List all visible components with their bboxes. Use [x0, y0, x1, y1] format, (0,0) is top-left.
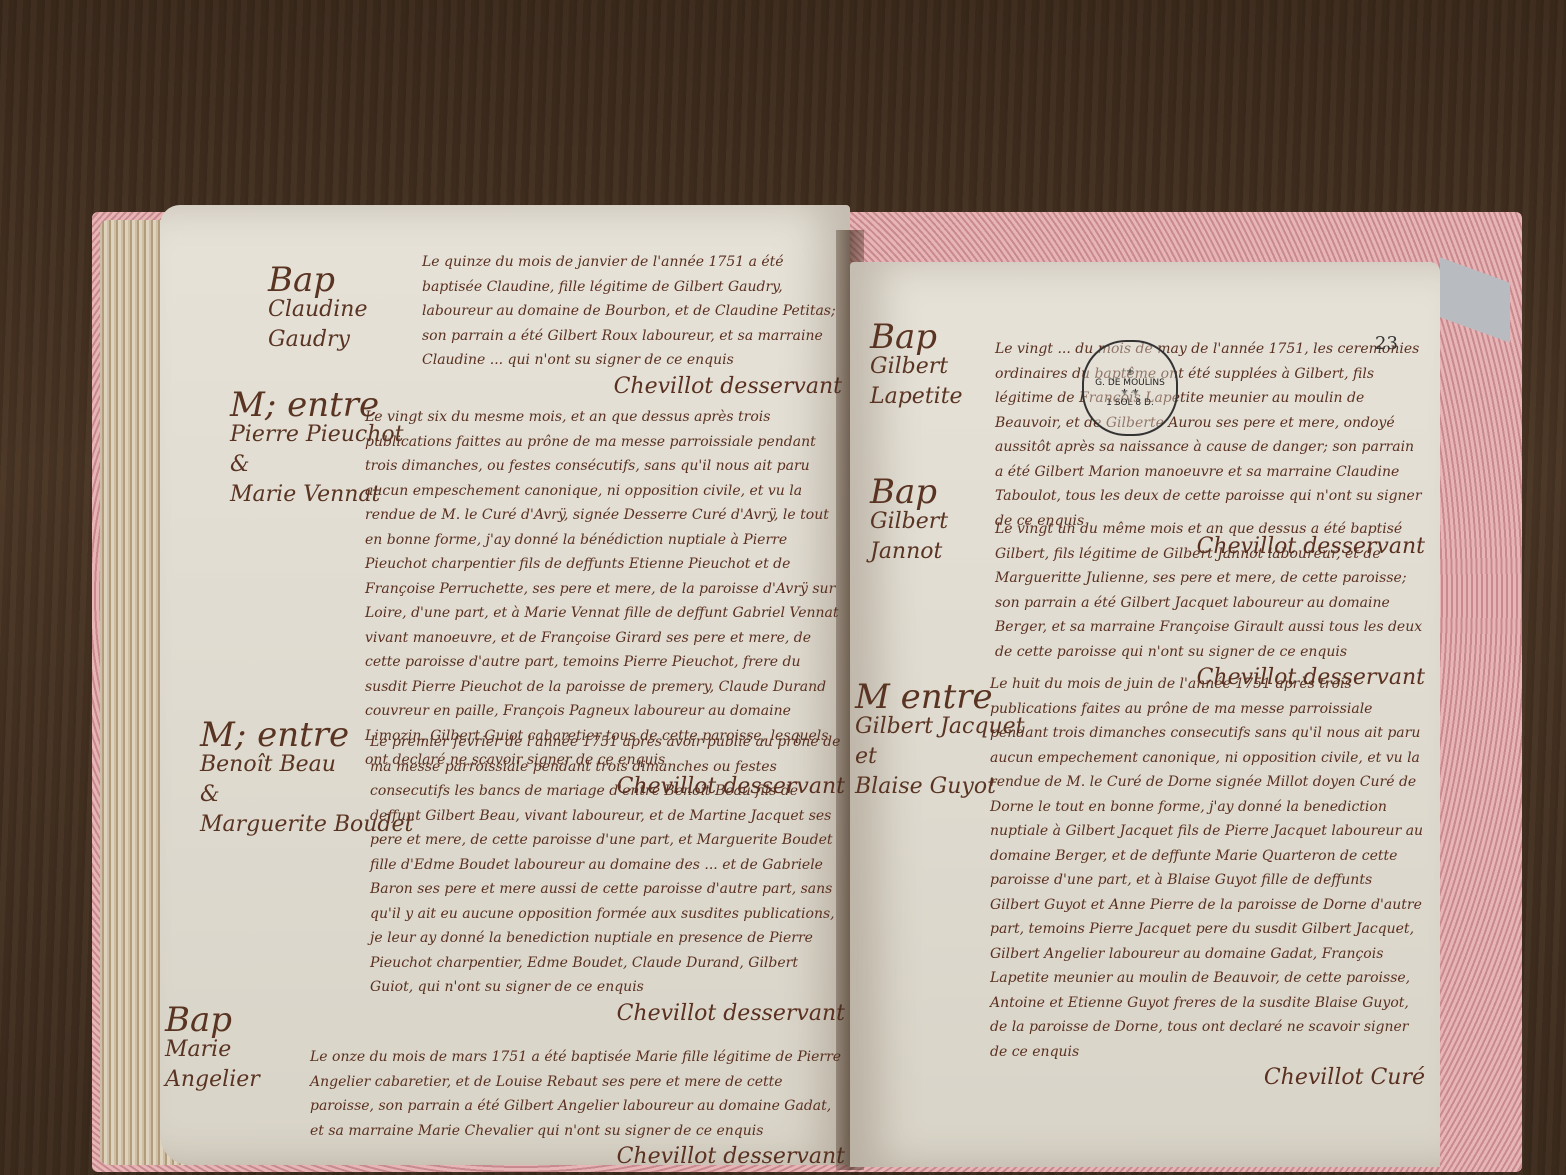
left-page: Bap Claudine Gaudry Le quinze du mois de…	[160, 205, 850, 1165]
entry-marriage-beau-boudet: Le premier fevrier de l'année 1751 après…	[370, 730, 845, 1026]
entry-marriage-jacquet-guyot: Le huit du mois de juin de l'année 1751 …	[990, 672, 1425, 1091]
fleur-de-lis-icon: ⚜	[1084, 368, 1176, 378]
signature: Chevillot desservant	[422, 375, 842, 400]
signature: Chevillot Curé	[990, 1066, 1425, 1091]
signature: Chevillot desservant	[370, 1002, 845, 1027]
tax-stamp: ⚜ G. DE MOULINS ⚜ ⚜ 1 SOL 8 D.	[1082, 340, 1178, 436]
fleur-de-lis-icon: ⚜ ⚜	[1084, 388, 1176, 398]
folio-number: 23	[1375, 333, 1398, 354]
entry-baptism-claudine-gaudry: Le quinze du mois de janvier de l'année …	[422, 250, 842, 399]
entry-baptism-gilbert-jannot: Le vingt un du même mois et an que dessu…	[995, 517, 1425, 691]
margin-note-baptism-claudine-gaudry: Bap Claudine Gaudry	[268, 265, 367, 355]
margin-note-baptism-gilbert-jannot: Bap Gilbert Jannot	[870, 477, 948, 567]
margin-note-baptism-marie-angelier: Bap Marie Angelier	[165, 1005, 260, 1095]
margin-note-baptism-gilbert-lapetite: Bap Gilbert Lapetite	[870, 322, 963, 412]
signature: Chevillot desservant	[310, 1145, 845, 1170]
entry-baptism-marie-angelier: Le onze du mois de mars 1751 a été bapti…	[310, 1045, 845, 1170]
